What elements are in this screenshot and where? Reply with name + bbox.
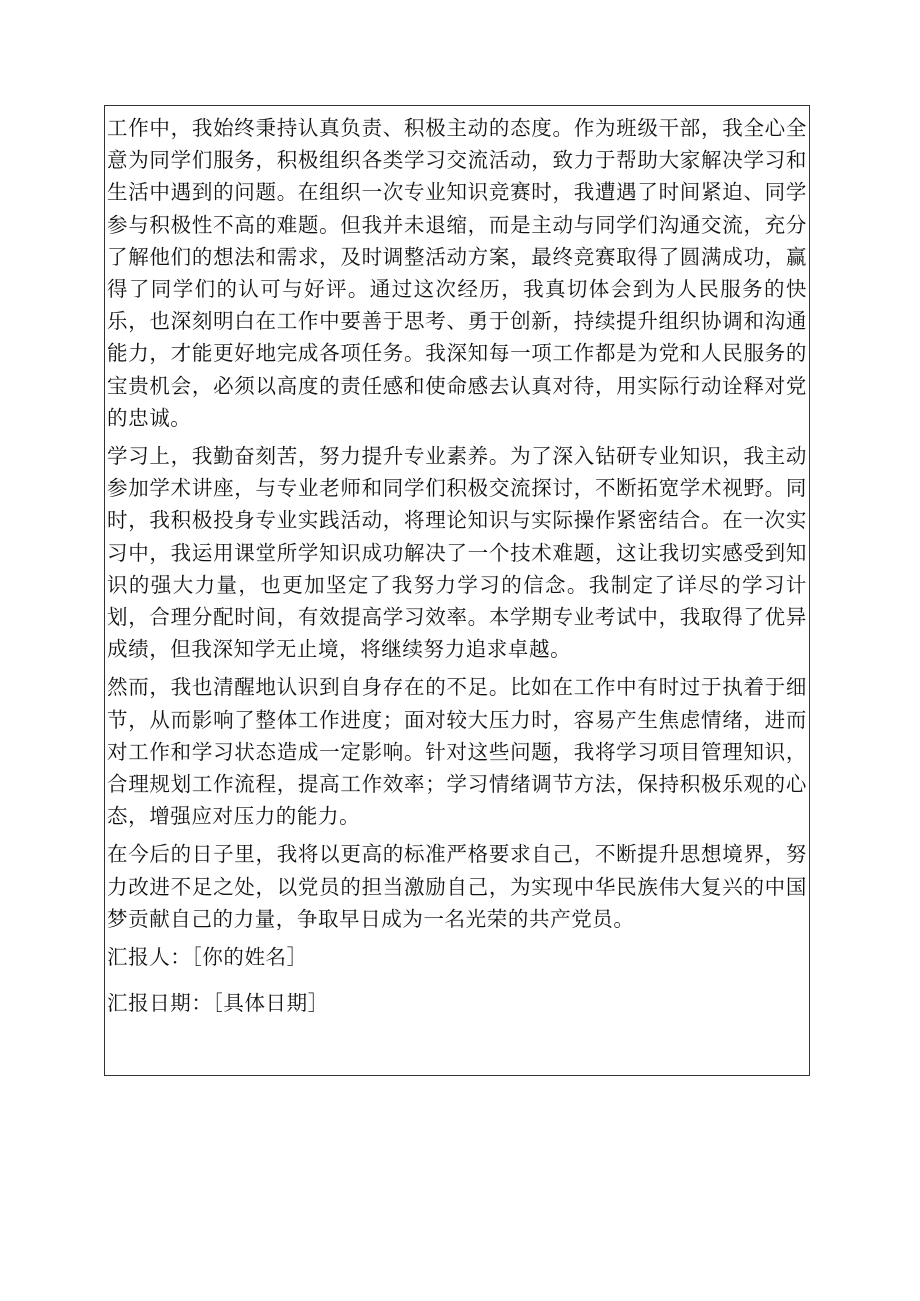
paragraph-future: 在今后的日子里，我将以更高的标准严格要求自己，不断提升思想境界，努力改进不足之处… — [107, 838, 807, 935]
paragraph-work: 工作中，我始终秉持认真负责、积极主动的态度。作为班级干部，我全心全意为同学们服务… — [107, 112, 807, 434]
document-frame: 工作中，我始终秉持认真负责、积极主动的态度。作为班级干部，我全心全意为同学们服务… — [104, 105, 810, 1076]
paragraph-study: 学习上，我勤奋刻苦，努力提升专业素养。为了深入钻研专业知识，我主动参加学术讲座，… — [107, 440, 807, 665]
paragraph-shortcomings: 然而，我也清醒地认识到自身存在的不足。比如在工作中有时过于执着于细节，从而影响了… — [107, 671, 807, 832]
reporter-line: 汇报人：［你的姓名］ — [107, 941, 807, 973]
report-date-line: 汇报日期：［具体日期］ — [107, 987, 807, 1019]
